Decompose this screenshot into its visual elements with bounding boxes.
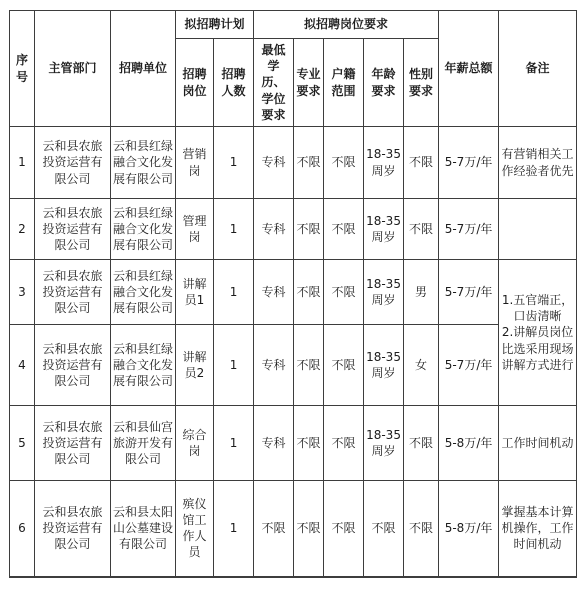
cell-gender: 女: [404, 325, 439, 406]
cell-employer: 云和县红绿融合文化发展有限公司: [111, 325, 176, 406]
header-requirements-group: 拟招聘岗位要求: [254, 11, 439, 39]
cell-education: 专科: [254, 199, 294, 260]
header-age: 年龄要求: [364, 39, 404, 127]
table-row-2: 2 云和县农旅投资运营有限公司 云和县红绿融合文化发展有限公司 管理岗 1 专科…: [10, 199, 577, 260]
cell-age: 不限: [364, 481, 404, 577]
cell-department: 云和县农旅投资运营有限公司: [35, 260, 111, 325]
header-education: 最低学历、学位要求: [254, 39, 294, 127]
header-headcount: 招聘人数: [214, 39, 254, 127]
cell-employer: 云和县红绿融合文化发展有限公司: [111, 260, 176, 325]
recruitment-table: 序号 主管部门 招聘单位 拟招聘计划 拟招聘岗位要求 年薪总额 备注 招聘岗位 …: [9, 10, 577, 578]
header-gender: 性别要求: [404, 39, 439, 127]
cell-remark: 工作时间机动: [499, 406, 577, 481]
cell-gender: 不限: [404, 199, 439, 260]
cell-gender: 不限: [404, 481, 439, 577]
cell-major: 不限: [294, 481, 324, 577]
cell-index: 3: [10, 260, 35, 325]
cell-remark: 掌握基本计算机操作，工作时间机动: [499, 481, 577, 577]
table-row-1: 1 云和县农旅投资运营有限公司 云和县红绿融合文化发展有限公司 营销岗 1 专科…: [10, 127, 577, 199]
cell-remark: [499, 199, 577, 260]
cell-salary: 5-7万/年: [439, 325, 499, 406]
cell-position: 讲解员2: [176, 325, 214, 406]
cell-salary: 5-7万/年: [439, 260, 499, 325]
table-row-3: 3 云和县农旅投资运营有限公司 云和县红绿融合文化发展有限公司 讲解员1 1 专…: [10, 260, 577, 325]
cell-education: 专科: [254, 325, 294, 406]
cell-headcount: 1: [214, 260, 254, 325]
cell-index: 5: [10, 406, 35, 481]
header-major: 专业要求: [294, 39, 324, 127]
header-employer: 招聘单位: [111, 11, 176, 127]
cell-salary: 5-7万/年: [439, 199, 499, 260]
cell-salary: 5-8万/年: [439, 481, 499, 577]
header-index: 序号: [10, 11, 35, 127]
cell-employer: 云和县仙宫旅游开发有限公司: [111, 406, 176, 481]
cell-index: 1: [10, 127, 35, 199]
header-household: 户籍范围: [324, 39, 364, 127]
cell-major: 不限: [294, 260, 324, 325]
cell-age: 18-35周岁: [364, 127, 404, 199]
cell-household: 不限: [324, 260, 364, 325]
cell-education: 专科: [254, 127, 294, 199]
cell-major: 不限: [294, 127, 324, 199]
cell-department: 云和县农旅投资运营有限公司: [35, 325, 111, 406]
cell-index: 6: [10, 481, 35, 577]
cell-salary: 5-8万/年: [439, 406, 499, 481]
cell-headcount: 1: [214, 325, 254, 406]
header-department: 主管部门: [35, 11, 111, 127]
recruitment-table-container: 序号 主管部门 招聘单位 拟招聘计划 拟招聘岗位要求 年薪总额 备注 招聘岗位 …: [9, 10, 577, 578]
header-position: 招聘岗位: [176, 39, 214, 127]
cell-headcount: 1: [214, 127, 254, 199]
cell-salary: 5-7万/年: [439, 127, 499, 199]
cell-remark: 有营销相关工作经验者优先: [499, 127, 577, 199]
cell-major: 不限: [294, 406, 324, 481]
cell-household: 不限: [324, 481, 364, 577]
cell-position: 管理岗: [176, 199, 214, 260]
header-salary: 年薪总额: [439, 11, 499, 127]
cell-employer: 云和县红绿融合文化发展有限公司: [111, 199, 176, 260]
cell-employer: 云和县红绿融合文化发展有限公司: [111, 127, 176, 199]
cell-major: 不限: [294, 325, 324, 406]
cell-employer: 云和县太阳山公墓建设有限公司: [111, 481, 176, 577]
cell-age: 18-35周岁: [364, 325, 404, 406]
cell-position: 殡仪馆工作人员: [176, 481, 214, 577]
cell-education: 不限: [254, 481, 294, 577]
cell-department: 云和县农旅投资运营有限公司: [35, 127, 111, 199]
cell-index: 2: [10, 199, 35, 260]
cell-position: 综合岗: [176, 406, 214, 481]
table-row-4: 4 云和县农旅投资运营有限公司 云和县红绿融合文化发展有限公司 讲解员2 1 专…: [10, 325, 577, 406]
table-row-6: 6 云和县农旅投资运营有限公司 云和县太阳山公墓建设有限公司 殡仪馆工作人员 1…: [10, 481, 577, 577]
cell-headcount: 1: [214, 406, 254, 481]
cell-department: 云和县农旅投资运营有限公司: [35, 199, 111, 260]
cell-index: 4: [10, 325, 35, 406]
header-row-groups: 序号 主管部门 招聘单位 拟招聘计划 拟招聘岗位要求 年薪总额 备注: [10, 11, 577, 39]
cell-household: 不限: [324, 406, 364, 481]
cell-age: 18-35周岁: [364, 406, 404, 481]
cell-household: 不限: [324, 325, 364, 406]
header-remark: 备注: [499, 11, 577, 127]
cell-department: 云和县农旅投资运营有限公司: [35, 406, 111, 481]
cell-department: 云和县农旅投资运营有限公司: [35, 481, 111, 577]
cell-age: 18-35周岁: [364, 260, 404, 325]
cell-education: 专科: [254, 406, 294, 481]
cell-remark-merged: 1.五官端正，口齿清晰 2.讲解员岗位比选采用现场讲解方式进行: [499, 260, 577, 406]
cell-major: 不限: [294, 199, 324, 260]
cell-headcount: 1: [214, 481, 254, 577]
cell-position: 讲解员1: [176, 260, 214, 325]
header-plan-group: 拟招聘计划: [176, 11, 254, 39]
cell-household: 不限: [324, 199, 364, 260]
cell-education: 专科: [254, 260, 294, 325]
table-row-5: 5 云和县农旅投资运营有限公司 云和县仙宫旅游开发有限公司 综合岗 1 专科 不…: [10, 406, 577, 481]
cell-household: 不限: [324, 127, 364, 199]
cell-gender: 男: [404, 260, 439, 325]
cell-headcount: 1: [214, 199, 254, 260]
cell-gender: 不限: [404, 127, 439, 199]
cell-age: 18-35周岁: [364, 199, 404, 260]
cell-gender: 不限: [404, 406, 439, 481]
cell-position: 营销岗: [176, 127, 214, 199]
